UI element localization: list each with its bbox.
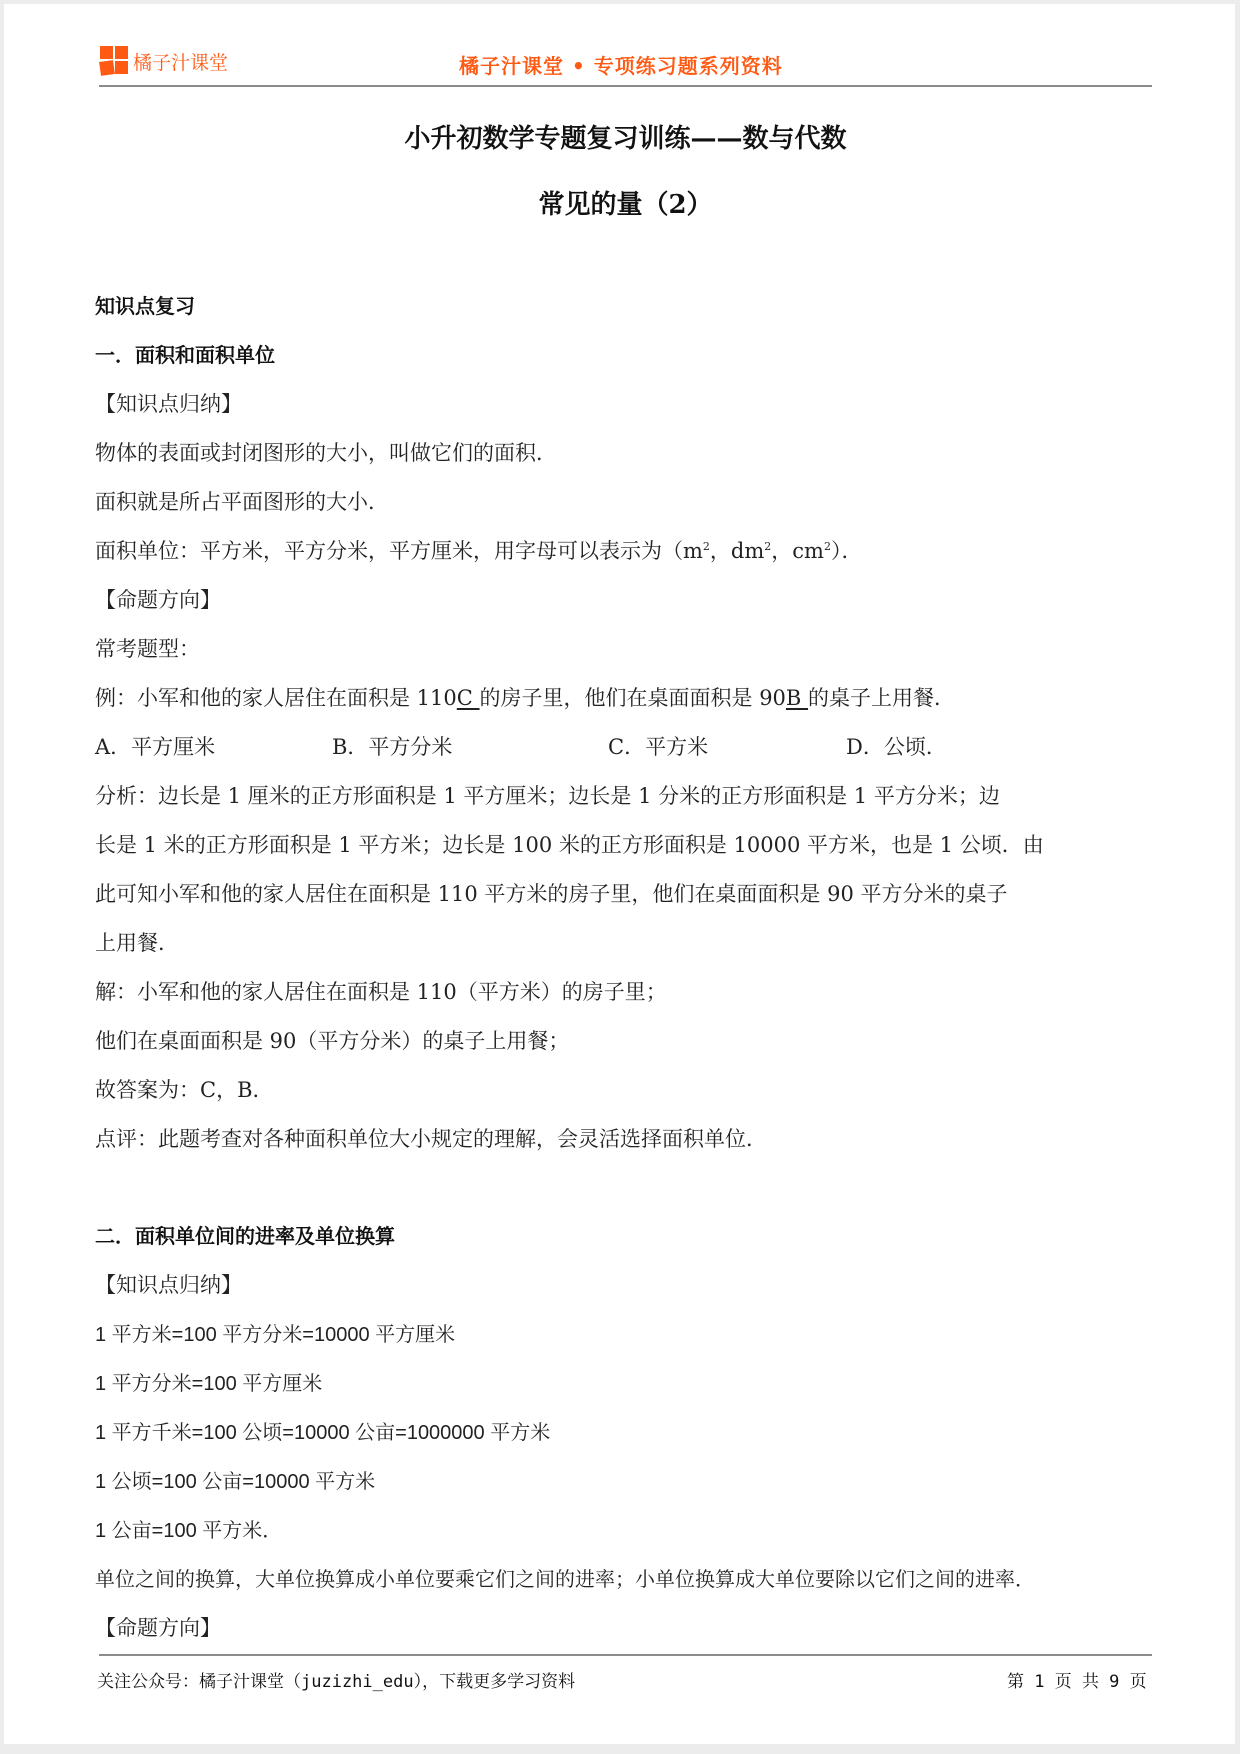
section1-summary-label: 【知识点归纳】 [95,388,242,418]
section1-heading: 一．面积和面积单位 [95,339,275,368]
footer-note: 关注公众号：橘子汁课堂（juzizhi_edu），下载更多学习资料 [97,1667,575,1692]
answer-blank-1: C [457,686,480,710]
analysis-line-2: 长是 1 米的正方形面积是 1 平方米；边长是 100 米的正方形面积是 100… [95,829,1044,859]
logo-text: 橘子汁课堂 [133,48,228,75]
rule-5: 1 公亩=100 平方米． [95,1514,282,1543]
example-text-1: 例：小军和他的家人居住在面积是 110 [95,686,457,710]
superscript: 2 [824,540,831,553]
section1-paragraph-2: 面积就是所占平面图形的大小． [95,486,389,516]
section1-paragraph-1: 物体的表面或封闭图形的大小，叫做它们的面积． [95,437,557,467]
option-c: C．平方米 [608,731,708,761]
answer-blank-2: B [786,686,808,710]
page-number: 第 1 页 共 9 页 [1007,1667,1147,1692]
p3-suffix: ）． [831,539,863,563]
option-a: A．平方厘米 [95,731,215,761]
document-title: 小升初数学专题复习训练——数与代数 [10,118,1240,155]
analysis-line-3: 此可知小军和他的家人居住在面积是 110 平方米的房子里，他们在桌面面积是 90… [95,878,1008,908]
header-divider [99,85,1152,87]
example-text-2: 的房子里，他们在桌面面积是 90 [480,686,786,710]
example-question: 例：小军和他的家人居住在面积是 110C 的房子里，他们在桌面面积是 90B 的… [95,682,955,712]
solution-line-1: 解：小军和他的家人居住在面积是 110（平方米）的房子里； [95,976,667,1006]
rule-1: 1 平方米=100 平方分米=10000 平方厘米 [95,1318,455,1347]
logo-icon [99,46,129,76]
option-d: D．公顷． [846,731,947,761]
common-type-label: 常考题型： [95,633,200,663]
brand-logo: 橘子汁课堂 [99,46,228,76]
section1-paragraph-3: 面积单位：平方米，平方分米，平方厘米，用字母可以表示为（m2，dm2，cm2）． [95,535,862,565]
rule-3: 1 平方千米=100 公顷=10000 公亩=1000000 平方米 [95,1416,550,1445]
review-heading: 知识点复习 [95,290,195,319]
section2-heading: 二．面积单位间的进率及单位换算 [95,1220,395,1249]
solution-line-2: 他们在桌面面积是 90（平方分米）的桌子上用餐； [95,1025,569,1055]
section2-direction-label: 【命题方向】 [95,1612,221,1642]
rule-2: 1 平方分米=100 平方厘米 [95,1367,322,1396]
p3-sep2: ，cm [771,539,824,563]
conversion-rule: 单位之间的换算，大单位换算成小单位要乘它们之间的进率；小单位换算成大单位要除以它… [95,1563,1035,1592]
superscript: 2 [703,540,710,553]
document-subtitle: 常见的量（2） [10,184,1240,221]
p3-prefix: 面积单位：平方米，平方分米，平方厘米，用字母可以表示为（m [95,539,703,563]
example-text-3: 的桌子上用餐． [808,686,955,710]
section1-direction-label: 【命题方向】 [95,584,221,614]
solution-answer: 故答案为：C，B． [95,1074,274,1104]
example-options: A．平方厘米 B．平方分米 C．平方米 D．公顷． [95,731,1145,761]
analysis-line-1: 分析：边长是 1 厘米的正方形面积是 1 平方厘米；边长是 1 分米的正方形面积… [95,780,1000,810]
comment: 点评：此题考查对各种面积单位大小规定的理解，会灵活选择面积单位． [95,1123,767,1153]
header-title: 橘子汁课堂 • 专项练习题系列资料 [459,50,783,79]
document-page: 橘子汁课堂 橘子汁课堂 • 专项练习题系列资料 小升初数学专题复习训练——数与代… [4,4,1235,1744]
option-b: B．平方分米 [332,731,452,761]
footer-divider [99,1654,1152,1656]
p3-sep1: ，dm [710,539,764,563]
section2-summary-label: 【知识点归纳】 [95,1269,242,1299]
rule-4: 1 公顷=100 公亩=10000 平方米 [95,1465,375,1494]
analysis-line-4: 上用餐． [95,927,179,957]
